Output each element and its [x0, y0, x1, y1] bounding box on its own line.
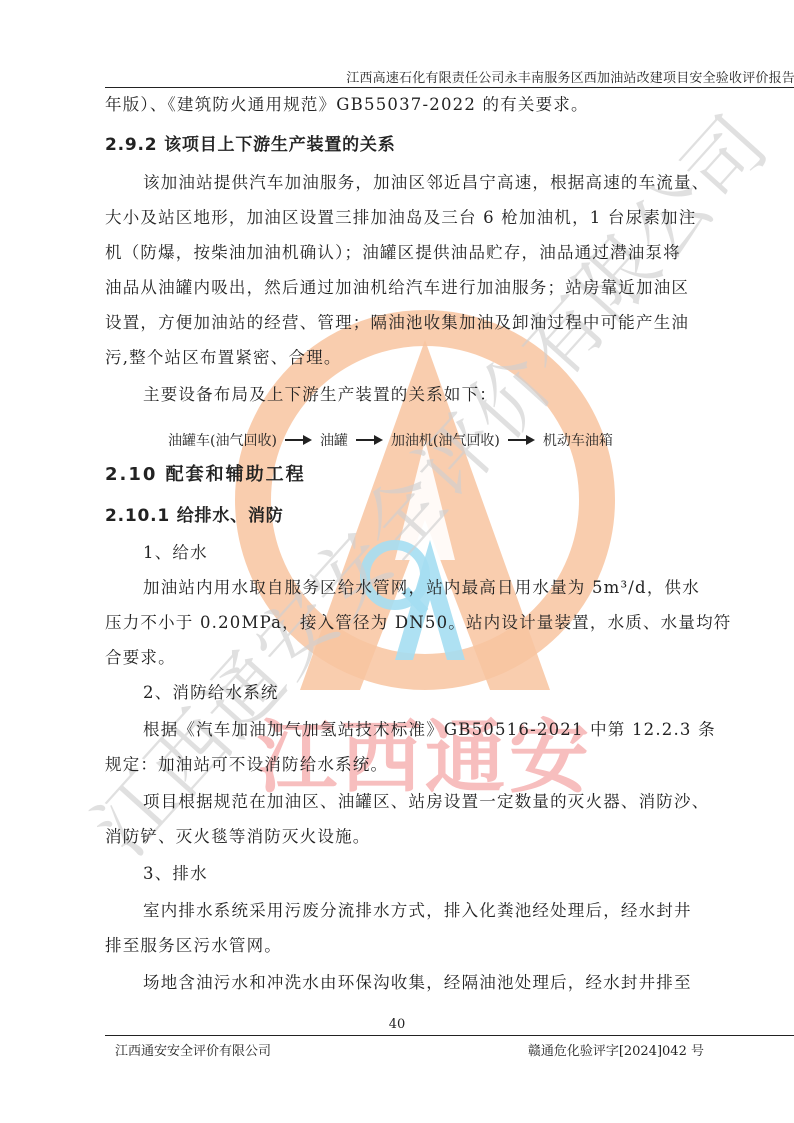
subsection-label: 2、消防给水系统	[143, 683, 733, 703]
right-arrow-icon	[285, 435, 312, 445]
footer-company: 江西通安安全评价有限公司	[115, 1040, 271, 1059]
right-arrow-icon	[356, 435, 383, 445]
section-heading-2-10: 2.10 配套和辅助工程	[105, 465, 695, 485]
section-heading-2-10-1: 2.10.1 给排水、消防	[105, 506, 695, 526]
subsection-label: 1、给水	[143, 543, 733, 563]
flow-diagram: 油罐车(油气回收) 油罐 加油机(油气回收) 机动车油箱	[168, 430, 613, 450]
paragraph-line: 根据《汽车加油加气加氢站技术标准》GB50516-2021 中第 12.2.3 …	[143, 720, 733, 740]
section-heading-2-9-2: 2.9.2 该项目上下游生产装置的关系	[105, 135, 695, 155]
paragraph-line: 机（防爆，按柴油加油机确认）；油罐区提供油品贮存，油品通过潜油泵将	[105, 243, 695, 263]
paragraph-line: 主要设备布局及上下游生产装置的关系如下：	[143, 385, 733, 405]
paragraph-line: 合要求。	[105, 648, 695, 668]
paragraph-line: 大小及站区地形，加油区设置三排加油岛及三台 6 枪加油机，1 台尿素加注	[105, 208, 695, 228]
paragraph-line: 年版）、《建筑防火通用规范》GB55037-2022 的有关要求。	[105, 95, 695, 115]
paragraph-line: 油品从油罐内吸出，然后通过加油机给汽车进行加油服务；站房靠近加油区	[105, 278, 695, 298]
paragraph-line: 压力不小于 0.20MPa，接入管径为 DN50。站内设计量装置，水质、水量均符	[105, 613, 695, 633]
subsection-label: 3、排水	[143, 864, 733, 884]
paragraph-line: 设置，方便加油站的经营、管理；隔油池收集加油及卸油过程中可能产生油	[105, 313, 695, 333]
flow-step: 机动车油箱	[543, 430, 613, 450]
paragraph-line: 加油站内用水取自服务区给水管网，站内最高日用水量为 5m³/d，供水	[143, 578, 733, 598]
paragraph-line: 项目根据规范在加油区、油罐区、站房设置一定数量的灭火器、消防沙、	[143, 792, 733, 812]
paragraph-line: 室内排水系统采用污废分流排水方式，排入化粪池经处理后，经水封井	[143, 901, 733, 921]
flow-step: 油罐	[320, 430, 348, 450]
flow-step: 加油机(油气回收)	[391, 430, 500, 450]
footer-doc-number: 赣通危化验评字[2024]042 号	[528, 1040, 704, 1059]
paragraph-line: 场地含油污水和冲洗水由环保沟收集，经隔油池处理后，经水封井排至	[143, 973, 733, 993]
paragraph-line: 污,整个站区布置紧密、合理。	[105, 348, 695, 368]
paragraph-line: 排至服务区污水管网。	[105, 936, 695, 956]
running-header: 江西高速石化有限责任公司永丰南服务区西加油站改建项目安全验收评价报告	[100, 67, 794, 86]
header-divider	[105, 87, 794, 88]
footer-divider	[105, 1035, 794, 1036]
page-number: 40	[0, 1017, 794, 1032]
right-arrow-icon	[508, 435, 535, 445]
flow-step: 油罐车(油气回收)	[168, 430, 277, 450]
paragraph-line: 规定：加油站可不设消防给水系统。	[105, 755, 695, 775]
paragraph-line: 该加油站提供汽车加油服务，加油区邻近昌宁高速，根据高速的车流量、	[143, 173, 733, 193]
paragraph-line: 消防铲、灭火毯等消防灭火设施。	[105, 827, 695, 847]
document-page: 江西通安 江西通安安全评价有限公司 江西高速石化有限责任公司永丰南服务区西加油站…	[0, 0, 794, 1123]
